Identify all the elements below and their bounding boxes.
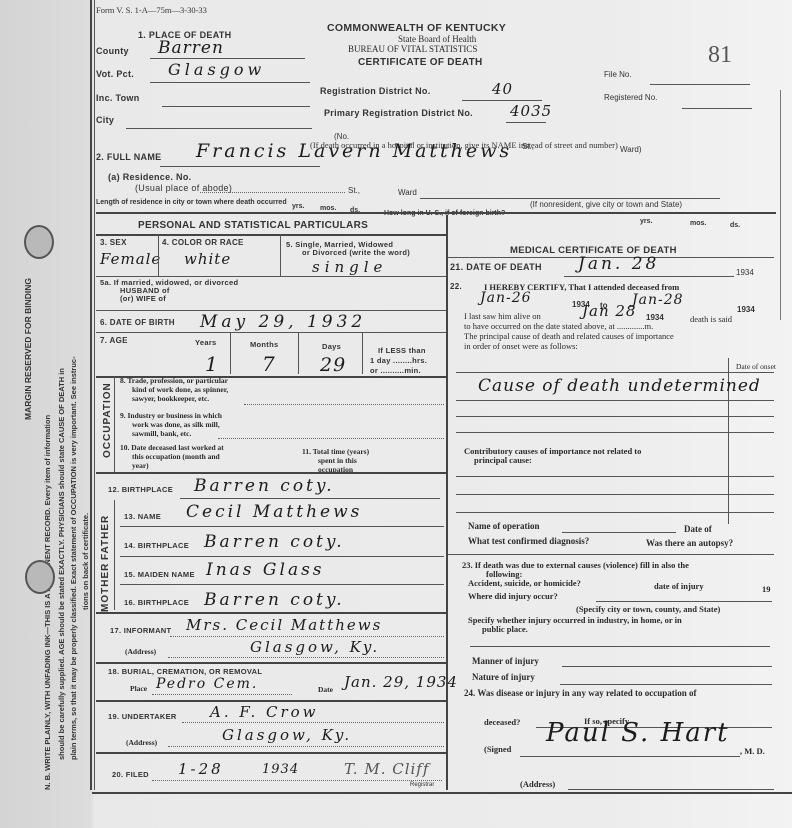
filed-label: 20. FILED <box>112 770 149 779</box>
occurred-text: to have occurred on the date stated abov… <box>464 321 653 331</box>
years-label: Years <box>195 338 217 347</box>
dod-year: 1934 <box>736 268 754 277</box>
physician-signature: Paul S. Hart <box>546 718 730 748</box>
page-number: 81 <box>708 42 732 69</box>
sex-col-divider <box>158 234 159 276</box>
cause-line-4 <box>456 432 774 433</box>
ward-label: Ward) <box>620 145 641 154</box>
registered-no-line <box>682 108 752 109</box>
registration-district-line <box>462 100 542 101</box>
contributory-text-2: principal cause: <box>474 455 532 465</box>
parents-side-divider <box>114 500 115 610</box>
death-said: death is said <box>690 314 732 324</box>
marital-label-2: or Divorced (write the word) <box>302 248 410 257</box>
registered-no-label: Registered No. <box>604 93 657 102</box>
color-value: white <box>184 250 231 268</box>
date-of-operation-label: Date of <box>684 524 712 534</box>
marital-row-bottom <box>96 276 446 277</box>
primary-registration-label: Primary Registration District No. <box>324 108 473 118</box>
nonresident-note: (If nonresident, give city or town and S… <box>530 200 682 209</box>
file-no-label: File No. <box>604 70 632 79</box>
dob-value: May 29, 1932 <box>200 312 366 332</box>
physician-address-line <box>568 789 774 790</box>
mother-maiden-label: 15. MAIDEN NAME <box>124 570 195 579</box>
filed-line <box>152 780 442 781</box>
marital-value: single <box>312 258 387 276</box>
dod-line <box>564 276 734 277</box>
mother-maiden-value: Inas Glass <box>206 560 325 580</box>
color-label: 4. COLOR OR RACE <box>162 238 244 247</box>
cause-of-death-value: Cause of death undetermined <box>478 376 761 396</box>
bureau-title: BUREAU OF VITAL STATISTICS <box>348 44 477 54</box>
occ9-2: work was done, as silk mill, <box>132 420 220 429</box>
father-side-label: FATHER <box>100 515 111 560</box>
frame-right <box>780 90 781 320</box>
frame-bottom <box>92 792 792 794</box>
filed-year: 1934 <box>262 762 299 777</box>
section-divider-top <box>96 212 776 214</box>
foreign-mos: mos. <box>690 220 706 227</box>
age-col-divider-2 <box>298 332 299 374</box>
frame-left <box>90 0 92 790</box>
sex-value: Female <box>100 250 161 268</box>
registrar-label: Registrar <box>410 782 434 788</box>
primary-registration-line <box>506 122 546 123</box>
occupation-bottom <box>96 472 446 474</box>
certify-number: 22. <box>450 282 462 291</box>
occ8-1: 8. Trade, profession, or particular <box>120 376 228 385</box>
last-saw-label: I last saw him alive on <box>464 311 541 321</box>
birthplace-label: 12. BIRTHPLACE <box>108 485 173 494</box>
mother-bp-value: Barren coty. <box>204 590 345 610</box>
residence-line <box>200 192 345 193</box>
personal-heading: PERSONAL AND STATISTICAL PARTICULARS <box>138 220 368 231</box>
dod-value: Jan. 28 <box>578 254 659 274</box>
color-col-divider <box>280 234 281 276</box>
contributory-line-3 <box>456 512 774 513</box>
occ10-2: this occupation (month and <box>132 452 220 461</box>
where-injury-note: (Specify city or town, county, and State… <box>576 604 720 614</box>
form-number: Form V. S. 1-A—75m—3-30-33 <box>96 5 207 15</box>
age-label: 7. AGE <box>100 336 128 345</box>
injury-year-prefix: 19 <box>762 584 771 594</box>
spouse-row-bottom <box>96 310 446 311</box>
frame-left-inner <box>94 0 95 790</box>
registration-district-label: Registration District No. <box>320 86 431 96</box>
filed-value: 1-28 <box>178 760 224 778</box>
last-saw-value: Jan 28 <box>582 302 636 320</box>
instructions-line-2: should be carefully supplied. AGE should… <box>56 368 68 760</box>
occ8-2: kind of work done, as spinner, <box>132 385 228 394</box>
cause-line-2 <box>456 400 774 401</box>
specify-injury-2: public place. <box>482 624 528 634</box>
burial-date-label: Date <box>318 685 333 694</box>
registrar-signature: T. M. Cliff <box>344 760 429 778</box>
birthplace-line <box>180 498 440 499</box>
operation-label: Name of operation <box>468 521 540 531</box>
informant-line <box>170 636 444 637</box>
row-sex-top <box>96 234 446 236</box>
burial-label: 18. BURIAL, CREMATION, OR REMOVAL <box>108 667 262 676</box>
residence-st: St., <box>348 186 360 195</box>
full-name-value: Francis Lavern Matthews <box>196 140 512 162</box>
burial-place-value: Pedro Cem. <box>156 676 258 692</box>
occ11-2: spent in this <box>318 456 357 465</box>
mother-maiden-line <box>120 584 444 585</box>
physician-address-label: (Address) <box>520 779 555 789</box>
deceased-label: deceased? <box>484 717 520 727</box>
undertaker-line <box>182 722 444 723</box>
burial-bottom <box>96 700 446 702</box>
inc-town-label: Inc. Town <box>96 93 140 103</box>
days-label: Days <box>322 342 341 351</box>
md-label: , M. D. <box>740 746 765 756</box>
undertaker-address-label: (Address) <box>126 738 157 747</box>
city-line <box>126 128 312 129</box>
test-row-bottom <box>448 554 774 555</box>
death-certificate: MARGIN RESERVED FOR BINDING N. B. WRITE … <box>0 0 792 828</box>
operation-line <box>562 532 676 533</box>
father-bp-value: Barren coty. <box>204 532 345 552</box>
length-mos: mos. <box>320 205 336 212</box>
cause-line-1 <box>456 372 774 373</box>
contributory-line-1 <box>456 476 774 477</box>
center-divider <box>446 215 448 790</box>
full-name-line <box>160 166 320 167</box>
vot-pct-line <box>150 82 310 83</box>
informant-value: Mrs. Cecil Matthews <box>186 616 382 634</box>
burial-place-label: Place <box>130 684 147 693</box>
cause-line-3 <box>456 416 774 417</box>
where-injury-label: Where did injury occur? <box>468 591 558 601</box>
age-col-divider-1 <box>230 332 231 374</box>
months-value: 7 <box>262 352 276 376</box>
county-line <box>150 58 305 59</box>
informant-bottom <box>96 662 446 664</box>
where-injury-line <box>596 601 772 602</box>
years-value: 1 <box>205 352 219 376</box>
occupation-side-divider <box>114 376 115 472</box>
onset-text: in order of onset were as follows: <box>464 341 578 351</box>
undertaker-address-line <box>168 746 444 747</box>
foreign-ds: ds. <box>730 222 740 229</box>
father-name-line <box>120 526 444 527</box>
residence-label: (a) Residence. No. <box>108 172 191 182</box>
attended-from-value: Jan-26 <box>480 290 532 306</box>
attended-to-value: Jan-28 <box>632 292 684 308</box>
father-bp-line <box>120 556 444 557</box>
vot-pct-label: Vot. Pct. <box>96 69 134 79</box>
birthplace-value: Barren coty. <box>194 476 335 496</box>
father-name-label: 13. NAME <box>124 512 161 521</box>
occupation-side-label: OCCUPATION <box>102 382 113 458</box>
residence-ward-line <box>420 198 720 199</box>
registration-district-value: 40 <box>492 80 513 98</box>
vot-pct-value: Glasgow <box>168 60 265 79</box>
sex-label: 3. SEX <box>100 238 127 247</box>
occ11-1: 11. Total time (years) <box>302 447 369 456</box>
parents-bottom <box>96 612 446 614</box>
board-of-health: State Board of Health <box>398 34 476 44</box>
days-value: 29 <box>320 354 346 376</box>
less-than-label-1: If LESS than <box>378 346 426 355</box>
primary-registration-value: 4035 <box>510 102 552 120</box>
attended-to-year: 1934 <box>737 305 755 314</box>
occupation-related-q: 24. Was disease or injury in any way rel… <box>464 688 697 698</box>
undertaker-bottom <box>96 752 446 754</box>
informant-address-line <box>168 657 444 658</box>
specify-injury-line <box>470 646 770 647</box>
undertaker-value: A. F. Crow <box>210 703 319 721</box>
undertaker-address-value: Glasgow, Ky. <box>222 726 352 744</box>
occ9-3: sawmill, bank, etc. <box>132 429 191 438</box>
spouse-label-3: (or) WIFE of <box>120 294 166 303</box>
county-label: County <box>96 46 129 56</box>
nature-injury-label: Nature of injury <box>472 672 535 682</box>
dob-label: 6. DATE OF BIRTH <box>100 318 175 327</box>
state-title: COMMONWEALTH OF KENTUCKY <box>327 22 506 34</box>
burial-place-line <box>152 694 292 695</box>
months-label: Months <box>250 340 278 349</box>
inc-town-line <box>162 106 310 107</box>
foreign-yrs: yrs. <box>640 218 652 225</box>
manner-injury-label: Manner of injury <box>472 656 539 666</box>
residence-ward: Ward <box>398 188 417 197</box>
age-col-divider-3 <box>362 332 363 374</box>
test-label: What test confirmed diagnosis? <box>468 536 589 546</box>
instructions-line-3: plain terms, so that it may be properly … <box>68 356 80 760</box>
less-than-label-2: 1 day ........hrs. <box>370 356 427 365</box>
informant-address-label: (Address) <box>125 647 156 656</box>
date-of-onset-label: Date of onset <box>736 362 776 371</box>
occ8-line <box>244 404 444 405</box>
city-label: City <box>96 115 114 125</box>
burial-date-value: Jan. 29, 1934 <box>344 673 458 691</box>
nature-injury-line <box>560 684 772 685</box>
instructions-line-1: N. B. WRITE PLAINLY, WITH UNFADING INK—T… <box>42 415 54 790</box>
occ10-3: year) <box>132 461 149 470</box>
mother-bp-label: 16. BIRTHPLACE <box>124 598 189 607</box>
binding-hole-top <box>24 225 54 259</box>
certificate-title: CERTIFICATE OF DEATH <box>358 57 483 68</box>
dob-row-bottom <box>96 332 446 333</box>
father-name-value: Cecil Matthews <box>186 502 362 522</box>
mother-side-label: MOTHER <box>100 563 111 612</box>
file-no-line <box>650 84 750 85</box>
date-of-injury-label: date of injury <box>654 581 704 591</box>
occ9-1: 9. Industry or business in which <box>120 411 222 420</box>
principal-cause-text: The principal cause of death and related… <box>464 331 674 341</box>
autopsy-label: Was there an autopsy? <box>646 538 733 548</box>
occ8-3: sawyer, bookkeeper, etc. <box>132 394 209 403</box>
dod-label: 21. DATE OF DEATH <box>450 262 542 272</box>
accident-label: Accident, suicide, or homicide? <box>468 578 581 588</box>
occ10-1: 10. Date deceased last worked at <box>120 443 224 452</box>
informant-label: 17. INFORMANT <box>110 626 171 635</box>
length-residence-label: Length of residence in city or town wher… <box>96 199 287 206</box>
contributory-line-2 <box>456 494 774 495</box>
signed-line <box>520 756 740 757</box>
manner-injury-line <box>562 666 772 667</box>
full-name-label: 2. FULL NAME <box>96 152 161 162</box>
length-yrs: yrs. <box>292 203 304 210</box>
binding-hole-bottom <box>25 560 55 594</box>
less-than-label-3: or ..........min. <box>370 366 421 375</box>
father-bp-label: 14. BIRTHPLACE <box>124 541 189 550</box>
informant-address-value: Glasgow, Ky. <box>250 638 380 656</box>
binding-margin-note: MARGIN RESERVED FOR BINDING <box>22 278 34 420</box>
county-value: Barren <box>158 38 224 58</box>
undertaker-label: 19. UNDERTAKER <box>108 712 177 721</box>
signed-label: (Signed <box>484 744 511 754</box>
occ9-line <box>218 438 444 439</box>
